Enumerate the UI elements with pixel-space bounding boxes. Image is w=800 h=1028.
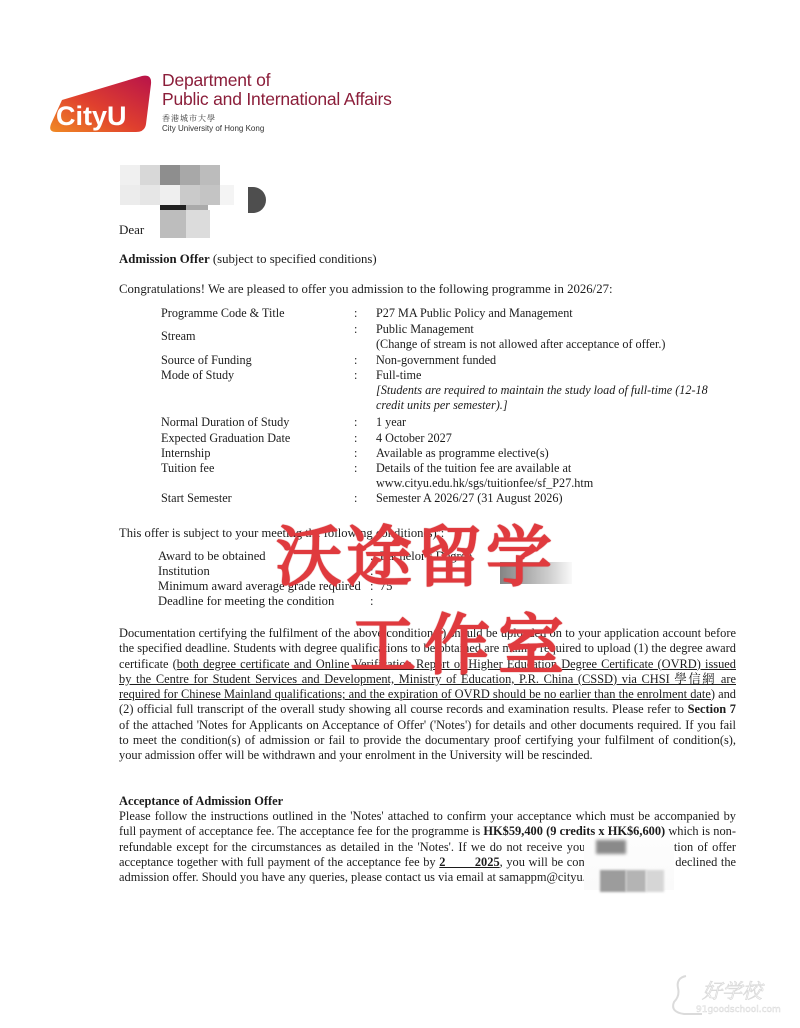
detail-row-duration: Normal Duration of Study:1 year <box>161 415 761 430</box>
tuition-fee-link[interactable]: www.cityu.edu.hk/sgs/tuitionfee/sf_P27.h… <box>376 476 761 491</box>
acceptance-heading: Acceptance of Admission Offer <box>119 794 283 809</box>
detail-row-stream: Stream: Public Management(Change of stre… <box>161 322 761 352</box>
svg-text:91goodschool.com: 91goodschool.com <box>696 1005 781 1015</box>
svg-text:CityU: CityU <box>56 101 127 131</box>
letterhead: CityU Department of Public and Internati… <box>48 68 408 140</box>
watermark-studio-suffix: 工作室 <box>350 612 572 680</box>
programme-details: Programme Code & Title:P27 MA Public Pol… <box>161 306 761 507</box>
detail-row-start-semester: Start Semester:Semester A 2026/27 (31 Au… <box>161 491 761 506</box>
redaction-pixel <box>596 840 626 854</box>
cityu-logo: CityU <box>48 72 156 134</box>
detail-row-graduation: Expected Graduation Date:4 October 2027 <box>161 431 761 446</box>
university-name-chinese: 香港城市大學 <box>162 113 216 124</box>
detail-row-programme: Programme Code & Title:P27 MA Public Pol… <box>161 306 761 321</box>
salutation: Dear <box>119 222 144 238</box>
offer-title: Admission Offer (subject to specified co… <box>119 252 377 267</box>
university-name-english: City University of Hong Kong <box>162 124 264 133</box>
detail-row-funding: Source of Funding:Non-government funded <box>161 353 761 368</box>
redaction-pixel <box>646 870 664 892</box>
department-name: Department of Public and International A… <box>162 71 392 109</box>
goodschool-watermark: 好学校 91goodschool.com <box>672 972 792 1018</box>
intro-text: Congratulations! We are pleased to offer… <box>119 282 613 297</box>
svg-text:好学校: 好学校 <box>702 979 765 1003</box>
watermark-studio-name: 沃途留学 <box>276 522 556 594</box>
redaction-pixel <box>600 870 626 892</box>
detail-row-internship: Internship:Available as programme electi… <box>161 446 761 461</box>
detail-row-mode: Mode of Study: Full-time[Students are re… <box>161 368 761 414</box>
redaction-pixel <box>626 870 646 892</box>
detail-row-tuition: Tuition fee: Details of the tuition fee … <box>161 461 761 491</box>
